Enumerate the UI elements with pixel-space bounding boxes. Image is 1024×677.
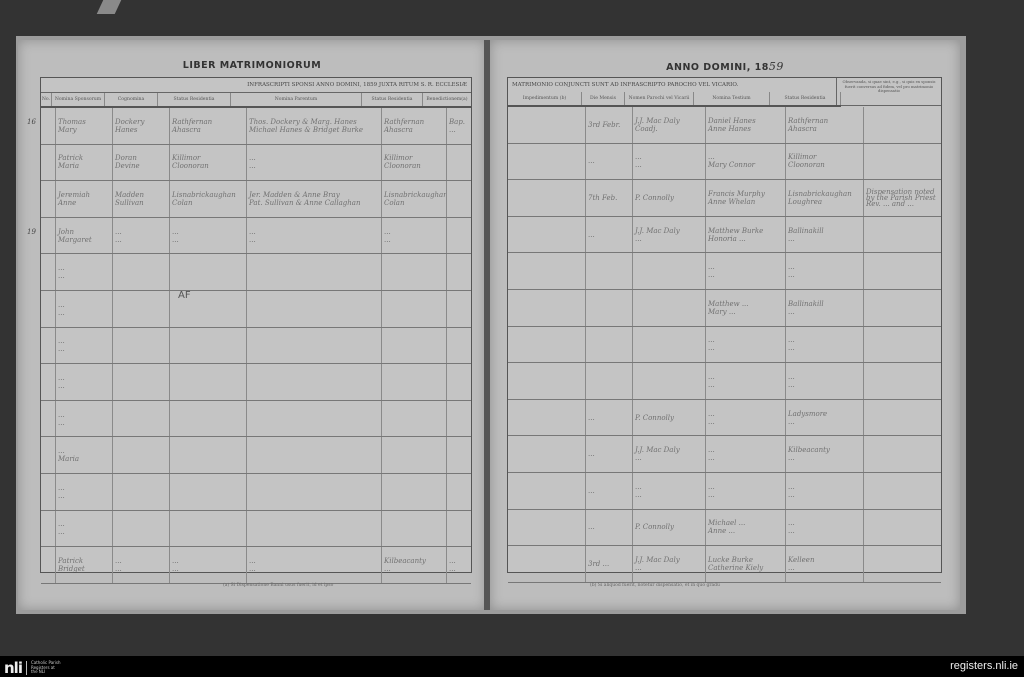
cell-witnesses-text: ... bbox=[708, 381, 783, 389]
cell-surname bbox=[113, 437, 170, 473]
cell-priest: P. Connolly bbox=[633, 510, 706, 546]
cell-surname: DockeryHanes bbox=[113, 108, 170, 144]
marriage-table-right: MATRIMONIO CONJUNCTI SUNT AD INFRASCRIPT… bbox=[507, 77, 942, 573]
cell-witnesses-text: ... bbox=[708, 446, 783, 454]
cell-priest: J.J. Mac Daly... bbox=[633, 546, 706, 582]
cell-witnesses-text: ... bbox=[708, 410, 783, 418]
cell-parents bbox=[247, 291, 382, 327]
cell-residence: ...... bbox=[170, 547, 247, 583]
cell-residence-text: Rathfernan bbox=[788, 117, 861, 125]
table-row: ...... bbox=[41, 291, 471, 328]
cell-day-text: 3rd Febr. bbox=[588, 121, 630, 129]
cell-no bbox=[41, 364, 56, 400]
cell-parents: Thos. Dockery & Marg. HanesMichael Hanes… bbox=[247, 108, 382, 144]
right-title-printed: ANNO DOMINI, 18 bbox=[666, 62, 769, 73]
cell-benediction-text: ... bbox=[449, 557, 469, 565]
cell-residence-text: ... bbox=[788, 491, 861, 499]
cell-priest-text: ... bbox=[635, 454, 703, 462]
cell-day: ... bbox=[586, 144, 633, 180]
cell-priest-text: J.J. Mac Daly bbox=[635, 446, 703, 454]
cell-residence-text: ... bbox=[788, 564, 861, 572]
cell-impediment bbox=[508, 253, 586, 289]
left-footnote: (a) Si Dispensatione Banni usus fuerit, … bbox=[223, 583, 333, 588]
cell-names-text: Maria bbox=[58, 162, 110, 170]
cell-witnesses: Daniel HanesAnne Hanes bbox=[706, 107, 786, 143]
site-link[interactable]: registers.nli.ie bbox=[950, 660, 1018, 672]
cell-names-text: ... bbox=[58, 345, 110, 353]
cell-residence-text: Rathfernan bbox=[172, 118, 244, 126]
cell-surname: ...... bbox=[113, 547, 170, 583]
cell-names-text: Maria bbox=[58, 455, 110, 463]
cell-surname: ...... bbox=[113, 218, 170, 254]
cell-day: ... bbox=[586, 436, 633, 472]
observations-header: Observanda, si quae sint, e.g., si quis … bbox=[836, 78, 941, 105]
cell-benediction: Bap.... bbox=[447, 108, 471, 144]
cell-residence-text: ... bbox=[788, 454, 861, 462]
cell-residence: RathfernanAhascra bbox=[170, 108, 247, 144]
cell-status bbox=[382, 328, 447, 364]
cell-benediction-text: ... bbox=[449, 126, 469, 134]
cell-day bbox=[586, 363, 633, 399]
cell-witnesses-text: Mary ... bbox=[708, 308, 783, 316]
col-header-benediction: Benedictionem(a) bbox=[423, 93, 471, 106]
cell-no bbox=[41, 218, 56, 254]
cell-observations-text: Dispensation noted by the Parish Priest … bbox=[866, 189, 939, 207]
cell-benediction: ...... bbox=[447, 547, 471, 583]
cell-impediment bbox=[508, 510, 586, 546]
cell-residence: ...... bbox=[786, 473, 864, 509]
cell-observations bbox=[864, 400, 941, 436]
cell-impediment bbox=[508, 217, 586, 253]
cell-residence: ...... bbox=[786, 327, 864, 363]
cell-no bbox=[41, 181, 56, 217]
cell-status bbox=[382, 254, 447, 290]
cell-priest-text: P. Connolly bbox=[635, 414, 703, 422]
cell-parents-text: Thos. Dockery & Marg. Hanes bbox=[249, 118, 379, 126]
cell-priest-text: Coadj. bbox=[635, 125, 703, 133]
cell-witnesses-text: ... bbox=[708, 336, 783, 344]
cell-impediment bbox=[508, 546, 586, 582]
cell-names-text: Jeremiah bbox=[58, 191, 110, 199]
cell-residence-text: Lisnabrickaughan bbox=[172, 191, 244, 199]
table-row: ...... bbox=[41, 474, 471, 511]
cell-witnesses: ...Mary Connor bbox=[706, 144, 786, 180]
cell-surname: DoranDevine bbox=[113, 145, 170, 181]
cell-day: 3rd Febr. bbox=[586, 107, 633, 143]
cell-no bbox=[41, 291, 56, 327]
right-header-line: MATRIMONIO CONJUNCTI SUNT AD INFRASCRIPT… bbox=[508, 78, 836, 92]
entry-number: 16 bbox=[27, 118, 36, 126]
cell-witnesses-text: ... bbox=[708, 271, 783, 279]
cell-names-text: ... bbox=[58, 447, 110, 455]
cell-residence: Ballinakill... bbox=[786, 217, 864, 253]
table-row: ..................... bbox=[508, 473, 941, 510]
col-header-impediment: Impedimentum (b) bbox=[508, 92, 582, 105]
cell-surname bbox=[113, 328, 170, 364]
binder-clip bbox=[97, 0, 122, 14]
cell-observations bbox=[864, 217, 941, 253]
cell-witnesses: Lucke BurkeCatherine Kiely bbox=[706, 546, 786, 582]
cell-status: LisnabrickaughanColan bbox=[382, 181, 447, 217]
cell-names: ...... bbox=[56, 254, 113, 290]
cell-witnesses: ...... bbox=[706, 400, 786, 436]
logo-text-line: the NLI bbox=[31, 670, 61, 675]
cell-residence-text: Kilbeacanty bbox=[788, 446, 861, 454]
cell-residence bbox=[170, 511, 247, 547]
table-row: Matthew ...Mary ...Ballinakill... bbox=[508, 290, 941, 327]
cell-status-text: Rathfernan bbox=[384, 118, 444, 126]
cell-witnesses-text: Mary Connor bbox=[708, 161, 783, 169]
cell-priest-text: J.J. Mac Daly bbox=[635, 227, 703, 235]
cell-impediment bbox=[508, 400, 586, 436]
left-page-title: LIBER MATRIMONIORUM bbox=[18, 60, 486, 71]
cell-surname-text: ... bbox=[115, 228, 167, 236]
cell-witnesses-text: Anne Hanes bbox=[708, 125, 783, 133]
cell-witnesses-text: Matthew ... bbox=[708, 300, 783, 308]
cell-names-text: ... bbox=[58, 492, 110, 500]
col-header-priest: Nomen Parochi vel Vicarii bbox=[625, 92, 694, 105]
cell-benediction-text: Bap. bbox=[449, 118, 469, 126]
cell-benediction bbox=[447, 437, 471, 473]
cell-day: ... bbox=[586, 217, 633, 253]
cell-surname bbox=[113, 291, 170, 327]
cell-priest: P. Connolly bbox=[633, 180, 706, 216]
cell-residence: ...... bbox=[170, 218, 247, 254]
cell-day-text: 3rd ... bbox=[588, 560, 630, 568]
table-row: ...P. Connolly......Ladysmore... bbox=[508, 400, 941, 437]
cell-benediction bbox=[447, 181, 471, 217]
col-header-no: No. bbox=[41, 93, 52, 106]
cell-names-text: ... bbox=[58, 301, 110, 309]
cell-residence-text: Loughrea bbox=[788, 198, 861, 206]
cell-witnesses: ...... bbox=[706, 473, 786, 509]
cell-parents: ...... bbox=[247, 218, 382, 254]
cell-parents-text: ... bbox=[249, 228, 379, 236]
cell-impediment bbox=[508, 473, 586, 509]
cell-day bbox=[586, 290, 633, 326]
cell-residence-text: Colan bbox=[172, 199, 244, 207]
cell-names-text: Patrick bbox=[58, 154, 110, 162]
marriage-table-left: INFRASCRIPTI SPONSI ANNO DOMINI, 1859 JU… bbox=[40, 77, 472, 573]
cell-residence-text: Killimor bbox=[788, 153, 861, 161]
cell-residence bbox=[170, 254, 247, 290]
logo-divider bbox=[26, 661, 27, 675]
cell-parents bbox=[247, 511, 382, 547]
right-title-year: 59 bbox=[769, 60, 784, 73]
cell-names-text: ... bbox=[58, 419, 110, 427]
cell-names-text: ... bbox=[58, 264, 110, 272]
cell-benediction bbox=[447, 328, 471, 364]
cell-status-text: ... bbox=[384, 565, 444, 573]
cell-names: ThomasMary bbox=[56, 108, 113, 144]
cell-observations bbox=[864, 327, 941, 363]
cell-residence: ...... bbox=[786, 510, 864, 546]
cell-names: PatrickMaria bbox=[56, 145, 113, 181]
cell-priest: J.J. Mac Daly... bbox=[633, 217, 706, 253]
cell-names: ...Maria bbox=[56, 437, 113, 473]
cell-surname-text: ... bbox=[115, 565, 167, 573]
table-row: ............Mary ConnorKillimorCloonoran bbox=[508, 144, 941, 181]
cell-status: ...... bbox=[382, 218, 447, 254]
cell-benediction bbox=[447, 254, 471, 290]
table-row: 3rd Febr.J.J. Mac DalyCoadj.Daniel Hanes… bbox=[508, 107, 941, 144]
cell-residence: Kilbeacanty... bbox=[786, 436, 864, 472]
cell-day-text: ... bbox=[588, 231, 630, 239]
cell-names-text: ... bbox=[58, 528, 110, 536]
cell-status bbox=[382, 401, 447, 437]
table-row: ...... bbox=[41, 328, 471, 365]
cell-names-text: Margaret bbox=[58, 236, 110, 244]
cell-benediction bbox=[447, 291, 471, 327]
cell-residence-text: Kelleen bbox=[788, 556, 861, 564]
cell-day: ... bbox=[586, 400, 633, 436]
logo-text: Catholic Parish Registers at the NLI bbox=[31, 661, 61, 675]
cell-surname bbox=[113, 474, 170, 510]
col-header-residence-right: Status Residentia bbox=[770, 92, 841, 105]
cell-residence: ...... bbox=[786, 253, 864, 289]
cell-day bbox=[586, 253, 633, 289]
cell-parents bbox=[247, 364, 382, 400]
cell-priest: ...... bbox=[633, 144, 706, 180]
cell-status bbox=[382, 437, 447, 473]
cell-status: KillimorCloonoran bbox=[382, 145, 447, 181]
cell-parents-text: Jer. Madden & Anne Bray bbox=[249, 191, 379, 199]
table-row: PatrickMariaDoranDevineKillimorCloonoran… bbox=[41, 145, 471, 182]
cell-no bbox=[41, 437, 56, 473]
cell-residence-text: ... bbox=[788, 527, 861, 535]
cell-priest-text: ... bbox=[635, 235, 703, 243]
cell-names-text: Mary bbox=[58, 126, 110, 134]
cell-priest-text: ... bbox=[635, 491, 703, 499]
cell-day: ... bbox=[586, 473, 633, 509]
cell-impediment bbox=[508, 290, 586, 326]
cell-witnesses-text: Lucke Burke bbox=[708, 556, 783, 564]
scan-viewport: LIBER MATRIMONIORUM INFRASCRIPTI SPONSI … bbox=[0, 0, 1024, 656]
cell-residence-text: Killimor bbox=[172, 154, 244, 162]
table-row: JeremiahAnneMaddenSullivanLisnabrickaugh… bbox=[41, 181, 471, 218]
cell-names: PatrickBridget bbox=[56, 547, 113, 583]
cell-names-text: ... bbox=[58, 484, 110, 492]
cell-residence bbox=[170, 328, 247, 364]
cell-status-text: Ahascra bbox=[384, 126, 444, 134]
col-header-surname: Cognomina bbox=[105, 93, 158, 106]
cell-surname-text: Devine bbox=[115, 162, 167, 170]
cell-priest-text: ... bbox=[635, 161, 703, 169]
entry-number: 19 bbox=[27, 228, 36, 236]
cell-surname bbox=[113, 254, 170, 290]
cell-status-text: Kilbeacanty bbox=[384, 557, 444, 565]
cell-residence-text: ... bbox=[788, 336, 861, 344]
cell-residence-text: Ahascra bbox=[788, 125, 861, 133]
cell-priest: P. Connolly bbox=[633, 400, 706, 436]
cell-status-text: Lisnabrickaughan bbox=[384, 191, 444, 199]
cell-residence-text: ... bbox=[788, 308, 861, 316]
cell-residence-text: ... bbox=[172, 565, 244, 573]
cell-status-text: ... bbox=[384, 236, 444, 244]
cell-residence-text: Ballinakill bbox=[788, 300, 861, 308]
cell-witnesses-text: Honoria ... bbox=[708, 235, 783, 243]
cell-parents-text: ... bbox=[249, 154, 379, 162]
cell-benediction bbox=[447, 401, 471, 437]
cell-names-text: Bridget bbox=[58, 565, 110, 573]
cell-witnesses-text: Anne ... bbox=[708, 527, 783, 535]
cell-residence: Ladysmore... bbox=[786, 400, 864, 436]
cell-no bbox=[41, 511, 56, 547]
cell-surname-text: Sullivan bbox=[115, 199, 167, 207]
cell-names: ...... bbox=[56, 291, 113, 327]
cell-priest-text: ... bbox=[635, 564, 703, 572]
cell-impediment bbox=[508, 363, 586, 399]
cell-priest-text: P. Connolly bbox=[635, 194, 703, 202]
cell-witnesses-text: ... bbox=[708, 491, 783, 499]
cell-priest bbox=[633, 253, 706, 289]
cell-parents-text: Pat. Sullivan & Anne Callaghan bbox=[249, 199, 379, 207]
cell-names: ...... bbox=[56, 474, 113, 510]
cell-names-text: ... bbox=[58, 382, 110, 390]
cell-day-text: ... bbox=[588, 487, 630, 495]
table-row: ...... bbox=[41, 254, 471, 291]
cell-observations bbox=[864, 290, 941, 326]
cell-status-text: Colan bbox=[384, 199, 444, 207]
cell-observations bbox=[864, 363, 941, 399]
cell-priest bbox=[633, 363, 706, 399]
cell-no bbox=[41, 145, 56, 181]
cell-day-text: ... bbox=[588, 414, 630, 422]
cell-day-text: ... bbox=[588, 157, 630, 165]
cell-day bbox=[586, 327, 633, 363]
cell-status-text: Cloonoran bbox=[384, 162, 444, 170]
cell-witnesses-text: Catherine Kiely bbox=[708, 564, 783, 572]
cell-residence-text: ... bbox=[788, 418, 861, 426]
cell-surname-text: Doran bbox=[115, 154, 167, 162]
table-row: ...... bbox=[41, 401, 471, 438]
cell-parents-text: ... bbox=[249, 162, 379, 170]
nli-logo[interactable]: nli Catholic Parish Registers at the NLI bbox=[4, 659, 61, 677]
table-row: ............ bbox=[508, 327, 941, 364]
cell-status bbox=[382, 291, 447, 327]
viewer-footer: nli Catholic Parish Registers at the NLI… bbox=[0, 656, 1024, 677]
cell-witnesses-text: ... bbox=[708, 418, 783, 426]
cell-names-text: ... bbox=[58, 272, 110, 280]
cell-day-text: ... bbox=[588, 450, 630, 458]
cell-names-text: Patrick bbox=[58, 557, 110, 565]
cell-surname-text: Hanes bbox=[115, 126, 167, 134]
cell-names-text: ... bbox=[58, 309, 110, 317]
cell-observations bbox=[864, 144, 941, 180]
cell-benediction bbox=[447, 364, 471, 400]
cell-observations bbox=[864, 253, 941, 289]
table-row: ...P. ConnollyMichael ...Anne ......... bbox=[508, 510, 941, 547]
cell-names-text: Thomas bbox=[58, 118, 110, 126]
cell-priest bbox=[633, 327, 706, 363]
cell-priest-text: ... bbox=[635, 153, 703, 161]
cell-no bbox=[41, 328, 56, 364]
cell-residence-text: Ahascra bbox=[172, 126, 244, 134]
right-column-headers: Impedimentum (b) Die Mensis Nomen Paroch… bbox=[508, 92, 841, 107]
cell-parents-text: ... bbox=[249, 557, 379, 565]
cell-impediment bbox=[508, 180, 586, 216]
cell-witnesses: ...... bbox=[706, 436, 786, 472]
cell-residence-text: ... bbox=[788, 235, 861, 243]
cell-no bbox=[41, 108, 56, 144]
cell-status bbox=[382, 364, 447, 400]
cell-observations bbox=[864, 473, 941, 509]
cell-no bbox=[41, 547, 56, 583]
cell-witnesses: ...... bbox=[706, 363, 786, 399]
table-row: ...... bbox=[41, 511, 471, 548]
cell-witnesses: Matthew BurkeHonoria ... bbox=[706, 217, 786, 253]
cell-day: 7th Feb. bbox=[586, 180, 633, 216]
cell-residence-text: Ladysmore bbox=[788, 410, 861, 418]
cell-observations: Dispensation noted by the Parish Priest … bbox=[864, 180, 941, 216]
cell-residence: Ballinakill... bbox=[786, 290, 864, 326]
cell-residence: LisnabrickaughanLoughrea bbox=[786, 180, 864, 216]
table-row: ............ bbox=[508, 363, 941, 400]
cell-witnesses: Michael ...Anne ... bbox=[706, 510, 786, 546]
cell-priest bbox=[633, 290, 706, 326]
cell-parents bbox=[247, 401, 382, 437]
cell-residence-text: Cloonoran bbox=[172, 162, 244, 170]
cell-observations bbox=[864, 546, 941, 582]
cell-status bbox=[382, 511, 447, 547]
cell-witnesses-text: ... bbox=[708, 153, 783, 161]
cell-observations bbox=[864, 107, 941, 143]
cell-day: 3rd ... bbox=[586, 546, 633, 582]
cell-surname: MaddenSullivan bbox=[113, 181, 170, 217]
cell-impediment bbox=[508, 144, 586, 180]
cell-residence-text: ... bbox=[788, 344, 861, 352]
cell-residence-text: ... bbox=[172, 557, 244, 565]
right-rows: 3rd Febr.J.J. Mac DalyCoadj.Daniel Hanes… bbox=[508, 107, 941, 583]
right-page-title: ANNO DOMINI, 1859 bbox=[490, 60, 960, 73]
cell-parents: ...... bbox=[247, 145, 382, 181]
cell-surname-text: ... bbox=[115, 236, 167, 244]
cell-names-text: ... bbox=[58, 520, 110, 528]
cell-benediction bbox=[447, 474, 471, 510]
cell-witnesses-text: ... bbox=[708, 344, 783, 352]
cell-parents-text: ... bbox=[249, 565, 379, 573]
cell-no bbox=[41, 254, 56, 290]
cell-priest-text: P. Connolly bbox=[635, 523, 703, 531]
cell-witnesses-text: Michael ... bbox=[708, 519, 783, 527]
right-page: ANNO DOMINI, 1859 MATRIMONIO CONJUNCTI S… bbox=[490, 40, 960, 610]
cell-residence-text: Ballinakill bbox=[788, 227, 861, 235]
cell-residence-text: ... bbox=[788, 373, 861, 381]
cell-witnesses: Matthew ...Mary ... bbox=[706, 290, 786, 326]
cell-witnesses-text: Daniel Hanes bbox=[708, 117, 783, 125]
cell-priest: ...... bbox=[633, 473, 706, 509]
cell-impediment bbox=[508, 327, 586, 363]
cell-day-text: 7th Feb. bbox=[588, 194, 630, 202]
cell-names-text: ... bbox=[58, 411, 110, 419]
cell-observations bbox=[864, 510, 941, 546]
cell-residence: LisnabrickaughanColan bbox=[170, 181, 247, 217]
cell-parents-text: ... bbox=[249, 236, 379, 244]
nli-logo-mark: nli bbox=[4, 659, 22, 677]
col-header-witnesses: Nomina Testium bbox=[694, 92, 770, 105]
cell-residence: ...... bbox=[786, 363, 864, 399]
cell-witnesses: ...... bbox=[706, 253, 786, 289]
cell-surname bbox=[113, 511, 170, 547]
cell-priest-text: J.J. Mac Daly bbox=[635, 117, 703, 125]
cell-witnesses-text: ... bbox=[708, 483, 783, 491]
cell-names: ...... bbox=[56, 328, 113, 364]
col-header-residence: Status Residentia bbox=[158, 93, 231, 106]
cell-residence: KillimorCloonoran bbox=[170, 145, 247, 181]
cell-surname-text: Madden bbox=[115, 191, 167, 199]
right-footnote: (b) Si aliquod fuerit, notetur dispensat… bbox=[590, 583, 720, 588]
cell-day-text: ... bbox=[588, 523, 630, 531]
